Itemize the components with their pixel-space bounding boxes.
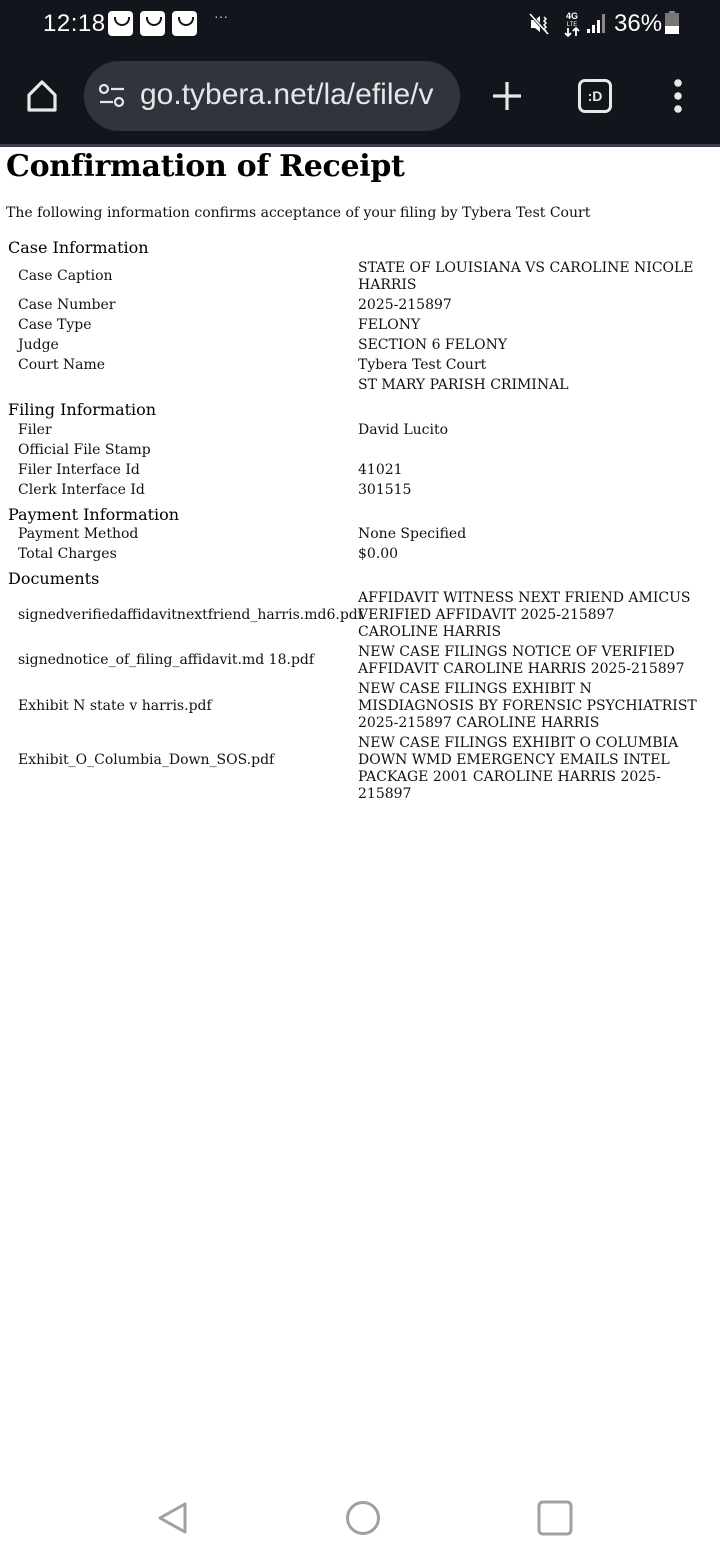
row-value: David Lucito — [358, 422, 698, 439]
row-label: Total Charges — [18, 546, 117, 563]
section-heading-documents: Documents — [8, 569, 99, 588]
more-notifications-indicator: ··· — [214, 8, 228, 24]
section-heading-payment-information: Payment Information — [8, 505, 179, 524]
url-text[interactable]: go.tybera.net/la/efile/v — [140, 78, 434, 112]
row-value: FELONY — [358, 317, 698, 334]
tab-count: :D — [588, 88, 603, 104]
row-value: Tybera Test Court — [358, 357, 698, 374]
signal-icon — [586, 12, 608, 34]
new-tab-icon[interactable] — [491, 80, 523, 112]
row-label: Court Name — [18, 357, 105, 374]
home-nav-icon[interactable] — [345, 1500, 381, 1536]
app-notification-icon — [108, 11, 133, 36]
site-settings-icon[interactable] — [98, 83, 126, 109]
row-value: 2025-215897 — [358, 297, 698, 314]
more-options-icon[interactable] — [670, 78, 686, 114]
row-label: Case Caption — [18, 268, 113, 285]
row-label: Clerk Interface Id — [18, 482, 145, 499]
toolbar-divider — [0, 144, 720, 147]
row-label: Judge — [18, 337, 59, 354]
row-value: None Specified — [358, 526, 698, 543]
tab-switcher-button[interactable]: :D — [578, 79, 612, 113]
row-value: 301515 — [358, 482, 698, 499]
battery-icon — [664, 11, 680, 35]
row-label: Filer — [18, 422, 52, 439]
section-heading-case-information: Case Information — [8, 238, 149, 257]
app-notification-icon — [140, 11, 165, 36]
svg-text:4G: 4G — [566, 11, 578, 21]
document-filename: signednotice_of_filing_affidavit.md 18.p… — [18, 652, 314, 669]
row-label: Case Number — [18, 297, 115, 314]
row-value: ST MARY PARISH CRIMINAL — [358, 377, 698, 394]
row-label: Case Type — [18, 317, 91, 334]
address-bar[interactable]: go.tybera.net/la/efile/v — [84, 61, 460, 131]
app-notification-icon — [172, 11, 197, 36]
system-nav-bar — [0, 1470, 720, 1560]
row-value: 41021 — [358, 462, 698, 479]
home-icon[interactable] — [24, 78, 60, 114]
document-description: NEW CASE FILINGS EXHIBIT N MISDIAGNOSIS … — [358, 681, 698, 732]
row-label: Filer Interface Id — [18, 462, 140, 479]
lte-data-icon: 4G LTE — [562, 10, 582, 38]
row-value: SECTION 6 FELONY — [358, 337, 698, 354]
row-label: Official File Stamp — [18, 442, 151, 459]
row-value: $0.00 — [358, 546, 698, 563]
status-bar: 12:18 ··· 4G LTE 36% — [0, 0, 720, 48]
clock: 12:18 — [43, 10, 106, 38]
row-label: Payment Method — [18, 526, 138, 543]
document-description: NEW CASE FILINGS NOTICE OF VERIFIED AFFI… — [358, 644, 698, 678]
page-title: Confirmation of Receipt — [6, 149, 405, 184]
battery-percent: 36% — [614, 10, 662, 38]
document-description: AFFIDAVIT WITNESS NEXT FRIEND AMICUS VER… — [358, 590, 698, 641]
browser-toolbar: go.tybera.net/la/efile/v :D — [0, 48, 720, 144]
back-icon[interactable] — [156, 1500, 192, 1536]
mute-vibrate-icon — [528, 12, 552, 36]
document-filename: Exhibit_O_Columbia_Down_SOS.pdf — [18, 752, 274, 769]
intro-text: The following information confirms accep… — [6, 205, 590, 221]
document-filename: Exhibit N state v harris.pdf — [18, 698, 212, 715]
recent-apps-icon[interactable] — [537, 1500, 573, 1536]
document-description: NEW CASE FILINGS EXHIBIT O COLUMBIA DOWN… — [358, 735, 698, 803]
document-filename: signedverifiedaffidavitnextfriend_harris… — [18, 607, 363, 624]
row-value: STATE OF LOUISIANA VS CAROLINE NICOLE HA… — [358, 260, 698, 294]
section-heading-filing-information: Filing Information — [8, 400, 156, 419]
